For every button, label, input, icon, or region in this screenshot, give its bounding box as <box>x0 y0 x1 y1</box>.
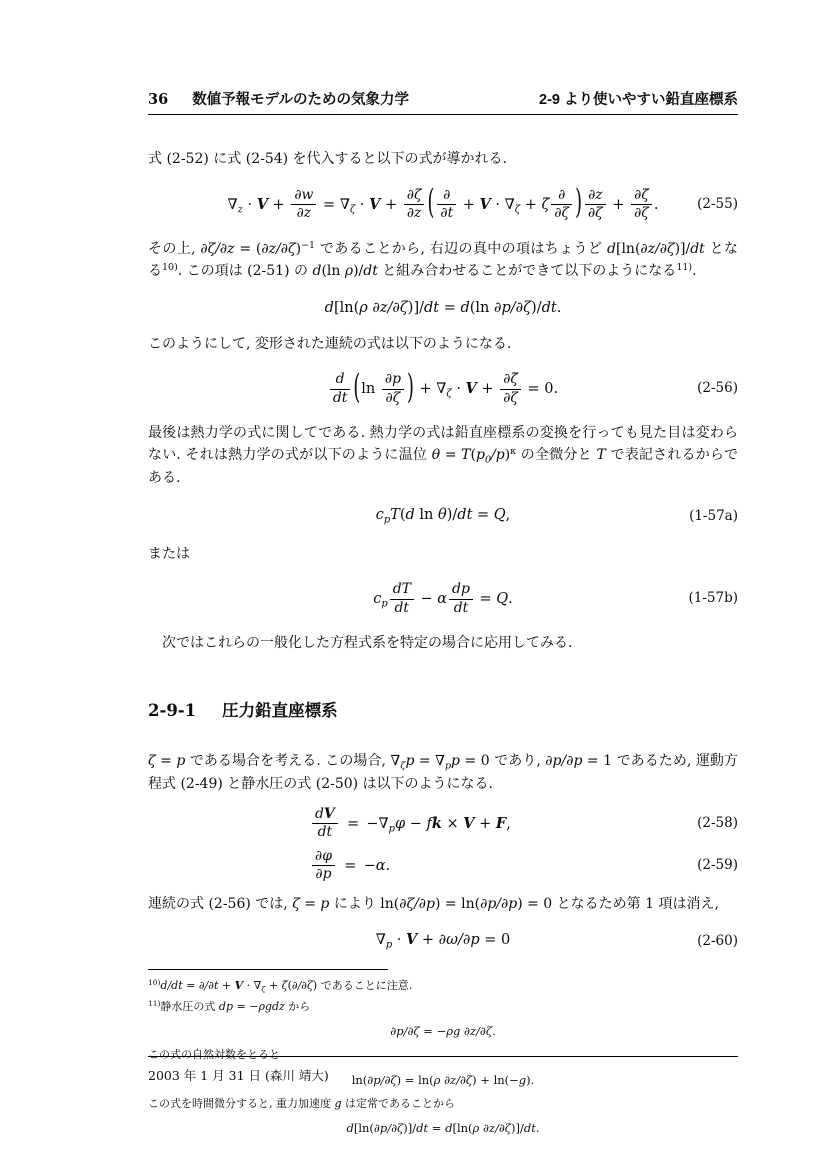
math-token: d <box>315 806 324 822</box>
equation-body: dVdt = −∇pφ − fk × V + F, <box>310 806 511 842</box>
math-token: × <box>442 816 463 832</box>
math-token: p <box>476 447 485 463</box>
parenthesized-group: ln ∂p∂ζ <box>361 381 406 397</box>
paragraph: 式 (2-52) に式 (2-54) を代入すると以下の式が導かれる. <box>148 149 738 171</box>
math-token: 静水圧の式 <box>160 1000 219 1013</box>
math-token: ∇ <box>340 197 350 213</box>
math-token: ζ <box>148 753 156 769</box>
math-token: −1 <box>301 240 315 251</box>
math-token: により <box>329 896 380 912</box>
math-token: ∇ <box>390 753 400 769</box>
math-token: ∂p <box>315 866 331 882</box>
math-token: ∇ <box>228 197 238 213</box>
math-token: ∂z/∂ζ <box>261 241 295 257</box>
math-token: = <box>475 591 496 607</box>
math-token: θ <box>438 507 447 523</box>
section-number: 2-9-1 <box>148 701 196 720</box>
fraction-numerator: d <box>330 371 351 388</box>
math-token: θ <box>432 447 440 463</box>
math-token: · <box>491 197 505 213</box>
math-token: d/dt <box>160 979 182 992</box>
math-token: d <box>406 507 415 523</box>
math-token: [ln( <box>354 1121 374 1135</box>
math-token: ∂z <box>588 187 603 203</box>
math-token: ∂ζ/∂z <box>200 241 234 257</box>
paragraph: 最後は熱力学の式に関してである. 熱力学の式は鉛直座標系の変換を行っても見た目は… <box>148 423 738 490</box>
chapter-header: 2-9 より使いやすい鉛直座標系 <box>539 88 738 109</box>
math-token: T <box>461 447 470 463</box>
math-token: = ( <box>235 241 262 257</box>
math-token: + <box>218 979 234 992</box>
fraction: ∂z∂ζ <box>585 187 606 223</box>
math-token: = − <box>337 858 376 874</box>
display-equation: dVdt = −∇pφ − fk × V + F,(2-58) <box>148 806 738 842</box>
equation-body: d[ln(ρ ∂z/∂ζ)]/dt = d(ln ∂p/∂ζ)/dt. <box>325 299 562 318</box>
math-token: Q <box>496 591 508 607</box>
math-token: V <box>480 196 491 213</box>
math-token: dt <box>363 263 378 279</box>
centered-equation: d[ln(ρ ∂z/∂ζ)]/dt = d(ln ∂p/∂ζ)/dt. <box>148 299 738 318</box>
math-token: φ <box>395 816 405 832</box>
math-token: )]/ <box>403 1121 416 1135</box>
math-token: · <box>243 197 257 213</box>
math-token: と組み合わせることができて以下のようになる <box>378 263 676 279</box>
section-heading: 2-9-1圧力鉛直座標系 <box>148 697 738 721</box>
math-token: · <box>392 932 406 948</box>
paragraph: 次ではこれらの一般化した方程式系を特定の場合に応用してみる. <box>148 633 738 655</box>
math-token: + <box>380 197 401 213</box>
math-token: dt <box>395 600 410 616</box>
math-token: dt <box>333 390 348 406</box>
math-token: dt <box>542 300 557 316</box>
math-token: , <box>506 816 511 832</box>
fraction-denominator: ∂t <box>437 204 456 222</box>
math-token: T <box>390 507 400 523</box>
math-token: ∂p/∂p <box>545 753 582 769</box>
fraction-numerator: dp <box>449 581 473 598</box>
equation-number: (2-56) <box>697 381 738 399</box>
math-token: V <box>463 815 474 832</box>
math-token: d <box>325 300 334 316</box>
fraction: ∂ζ̇∂ζ <box>631 187 652 223</box>
math-token: = 1 <box>582 753 612 769</box>
equation-number: (2-60) <box>697 933 738 951</box>
math-token: = − <box>340 816 379 832</box>
math-token: ∂p <box>385 371 401 387</box>
section-title: 圧力鉛直座標系 <box>222 702 338 720</box>
math-token: α <box>376 858 386 874</box>
fraction-denominator: ∂p <box>312 865 335 883</box>
math-token: + <box>475 816 496 832</box>
math-token: + <box>268 197 289 213</box>
math-token: = <box>300 896 321 912</box>
math-token: )]/ <box>408 300 424 316</box>
footer-date: 2003 年 1 月 31 日 (森川 靖大) <box>148 1068 329 1083</box>
fraction-numerator: ∂φ <box>312 848 335 865</box>
paragraph: 連続の式 (2-56) では, ζ = p により ln(∂ζ/∂p) = ln… <box>148 894 738 916</box>
fraction: ∂ζ̇∂ζ <box>500 371 521 407</box>
math-token: ) = 0 <box>517 896 552 912</box>
math-token: dt <box>424 300 439 316</box>
math-token: p <box>381 599 387 610</box>
math-token: ∂p/∂ζ <box>494 300 531 316</box>
math-token: となるため第 1 項は消え, <box>552 896 719 912</box>
equation-body: cpT(d ln θ)/dt = Q, <box>376 506 511 527</box>
open-parenthesis: ( <box>353 367 360 411</box>
equation-body: ∇p · V + ∂ω/∂p = 0 <box>376 931 511 952</box>
fraction-denominator: ∂ζ <box>585 204 606 222</box>
equation-body: ddt(ln ∂p∂ζ) + ∇ζ · V + ∂ζ̇∂ζ = 0. <box>328 371 558 407</box>
math-token: . <box>654 197 659 213</box>
math-token: = <box>183 979 199 992</box>
math-token: − <box>416 591 437 607</box>
math-token: ρgdz <box>258 1000 284 1013</box>
math-token: ∂ <box>443 187 450 203</box>
math-token: dp <box>219 1000 233 1013</box>
paragraph: このようにして, 変形された連続の式は以下のようになる. <box>148 334 738 356</box>
page-number: 36 <box>148 91 168 108</box>
math-token: V <box>466 380 477 397</box>
fraction-denominator: ∂ζ <box>382 389 404 407</box>
math-token: F <box>496 815 506 832</box>
fraction: ∂∂ζ <box>551 187 572 223</box>
math-token: V <box>369 196 380 213</box>
footnote-paragraph: この式を時間微分すると, 重力加速度 g は定常であることから <box>148 1096 738 1113</box>
math-token: ln <box>361 381 380 397</box>
math-token: ∂ζ <box>503 390 518 406</box>
math-token: )]/ <box>675 241 691 257</box>
math-token: ∂ω/∂p <box>439 932 480 948</box>
math-token: の全微分と <box>516 447 596 463</box>
math-token: + <box>458 197 479 213</box>
math-token: ∂ζ/∂p <box>399 896 435 912</box>
math-token: = 0. <box>523 381 558 397</box>
math-token: = <box>428 1121 445 1135</box>
math-token: ∂w <box>294 187 313 203</box>
math-token: p <box>451 753 460 769</box>
math-token: ) = ln( <box>435 896 480 912</box>
equation-body: ∂φ∂p = −α. <box>310 848 390 884</box>
footnote-paragraph: 10)d/dt = ∂/∂t + V · ∇ζ + ζ̇(∂/∂ζ) であること… <box>148 977 738 995</box>
math-token: = <box>472 507 493 523</box>
math-token: c <box>376 507 384 523</box>
math-token: + <box>265 979 281 992</box>
math-token: . <box>492 1024 496 1038</box>
footnote-paragraph: 11)静水圧の式 dp = −ρgdz から <box>148 998 738 1016</box>
math-token: ζ <box>292 896 300 912</box>
math-token: 11) <box>676 262 692 273</box>
fraction: ∂ζ∂z <box>404 187 425 223</box>
display-equation: cpT(d ln θ)/dt = Q,(1-57a) <box>148 506 738 527</box>
paragraph: その上, ∂ζ/∂z = (∂z/∂ζ)−1 であることから, 右辺の真中の項は… <box>148 239 738 283</box>
math-token: = 0 <box>480 932 511 948</box>
math-token: + <box>520 197 541 213</box>
math-token: . <box>536 1121 540 1135</box>
book-title: 数値予報モデルのための気象力学 <box>192 88 409 109</box>
math-token: であることに注意. <box>317 979 412 992</box>
math-token: − <box>405 816 426 832</box>
fraction-denominator: dt <box>449 599 473 617</box>
fraction-denominator: dt <box>312 823 338 841</box>
math-token: p <box>176 753 185 769</box>
fraction-numerator: dT <box>390 581 414 598</box>
math-token: ∇ <box>436 381 446 397</box>
math-token: d <box>460 300 469 316</box>
math-token: このようにして, 変形された連続の式は以下のようになる. <box>148 336 511 352</box>
paragraph: または <box>148 544 738 566</box>
math-token: = − <box>420 1024 447 1038</box>
close-parenthesis: ) <box>407 367 414 411</box>
math-token: ζ̇ <box>541 197 549 213</box>
math-token: )]/ <box>511 1121 524 1135</box>
math-token: であり, <box>490 753 546 769</box>
math-token: dt <box>457 507 472 523</box>
open-parenthesis: ( <box>427 183 434 227</box>
math-token: (ln <box>321 263 344 279</box>
math-token: ∂ <box>558 187 565 203</box>
math-token: 10) <box>162 262 178 273</box>
math-token: , <box>506 507 511 523</box>
header-left: 36 数値予報モデルのための気象力学 <box>148 88 409 109</box>
math-token: T <box>596 447 605 463</box>
fraction: dVdt <box>312 806 338 842</box>
math-token: k <box>432 815 442 832</box>
fraction-numerator: ∂ <box>437 187 456 204</box>
math-token: であることから, 右辺の真中の項はちょうど <box>315 241 607 257</box>
math-token: dp <box>452 581 470 597</box>
fraction-denominator: ∂ζ <box>631 204 652 222</box>
math-token: ∂z/∂ζ <box>640 241 674 257</box>
equation-number: (2-59) <box>697 857 738 875</box>
math-token: ∂φ <box>315 848 332 864</box>
math-token: 10) <box>148 978 160 987</box>
math-token: · <box>452 381 466 397</box>
math-token: · <box>243 979 254 992</box>
display-equation: ∇z · V + ∂w∂z = ∇ζ · V + ∂ζ∂z(∂∂t + V · … <box>148 187 738 223</box>
fraction-denominator: ∂ζ <box>551 204 572 222</box>
equation-number: (2-55) <box>697 196 738 214</box>
math-token: + <box>417 932 438 948</box>
math-token: ∂ζ <box>407 187 422 203</box>
fraction-denominator: dt <box>390 599 414 617</box>
math-token: ∂ζ̇ <box>503 371 518 387</box>
equation-number: (1-57a) <box>689 508 738 526</box>
math-token: ρ ∂z/∂ζ <box>473 1121 511 1135</box>
math-token: この式を時間微分すると, 重力加速度 <box>148 1097 335 1110</box>
math-token: + <box>415 381 436 397</box>
math-token: d <box>336 371 345 387</box>
fraction-numerator: ∂ζ̇ <box>500 371 521 388</box>
fraction-numerator: ∂ <box>551 187 572 204</box>
math-token: [ln( <box>452 1121 472 1135</box>
math-token: )/ <box>447 507 458 523</box>
math-token: /p <box>491 447 505 463</box>
math-token: dt <box>416 1121 428 1135</box>
math-token: . この項は (2-51) の <box>178 263 313 279</box>
math-token: V <box>406 931 417 948</box>
math-token: ∂ζ <box>386 390 401 406</box>
math-token: . <box>508 591 513 607</box>
math-token: ∂p/∂ζ <box>390 1024 419 1038</box>
page-footer: 2003 年 1 月 31 日 (森川 靖大) <box>148 1056 738 1084</box>
math-token: Q <box>494 507 506 523</box>
document-body: 式 (2-52) に式 (2-54) を代入すると以下の式が導かれる.∇z · … <box>148 149 738 1135</box>
fraction-numerator: ∂ζ <box>404 187 425 204</box>
equation-number: (2-58) <box>697 815 738 833</box>
math-token: V <box>235 979 244 992</box>
math-token: V <box>324 806 335 822</box>
fraction-numerator: dV <box>312 806 338 823</box>
math-token: は定常であることから <box>342 1097 456 1110</box>
math-token: ρ ∂z/∂ζ <box>359 300 408 316</box>
math-token: . <box>692 263 696 279</box>
fraction-numerator: ∂w <box>291 187 316 204</box>
close-parenthesis: ) <box>575 183 582 227</box>
math-token: ∇ <box>505 197 515 213</box>
math-token: = <box>439 300 460 316</box>
math-token: ∂p/∂ζ <box>374 1121 403 1135</box>
fraction-numerator: ∂ζ̇ <box>631 187 652 204</box>
math-token: ∂ζ <box>554 205 569 221</box>
display-equation: ddt(ln ∂p∂ζ) + ∇ζ · V + ∂ζ̇∂ζ = 0.(2-56) <box>148 371 738 407</box>
math-token: = <box>156 753 177 769</box>
math-token: ∂/∂ζ <box>292 979 313 992</box>
math-token: dt <box>454 600 469 616</box>
display-equation: ∇p · V + ∂ω/∂p = 0(2-60) <box>148 931 738 952</box>
paragraph: ζ = p である場合を考える. この場合, ∇ζp = ∇pp = 0 であり… <box>148 751 738 796</box>
page-content: 36 数値予報モデルのための気象力学 2-9 より使いやすい鉛直座標系 式 (2… <box>148 88 738 1144</box>
math-token: d <box>607 241 616 257</box>
math-token: dT <box>393 581 411 597</box>
math-token: . <box>557 300 562 316</box>
math-token: = − <box>233 1000 258 1013</box>
math-token: V <box>257 196 268 213</box>
math-token: ∂ζ <box>634 205 649 221</box>
math-token: dt <box>690 241 705 257</box>
footnote-equation: d[ln(∂p/∂ζ)]/dt = d[ln(ρ ∂z/∂ζ)]/dt. <box>148 1121 738 1135</box>
equation-body: ∇z · V + ∂w∂z = ∇ζ · V + ∂ζ∂z(∂∂t + V · … <box>228 187 659 223</box>
math-token: ρg ∂z/∂ζ <box>446 1024 492 1038</box>
footnote-rule <box>148 969 388 970</box>
parenthesized-group: ∂∂t + V · ∇ζ + ζ̇∂∂ζ <box>435 197 574 213</box>
math-token: (ln <box>470 300 494 316</box>
math-token: · <box>355 197 369 213</box>
fraction-denominator: ∂ζ <box>500 389 521 407</box>
math-token: から <box>285 1000 311 1013</box>
math-token: ∂p/∂p <box>480 896 517 912</box>
math-token: である場合を考える. この場合, <box>185 753 390 769</box>
fraction: ∂p∂ζ <box>382 371 404 407</box>
math-token: ∂t <box>440 205 453 221</box>
math-token: g <box>335 1097 342 1110</box>
math-token: ∇ <box>379 816 389 832</box>
math-token: ln( <box>380 896 399 912</box>
math-token: . <box>386 858 391 874</box>
equation-number: (1-57b) <box>688 590 738 608</box>
math-token: [ln( <box>334 300 359 316</box>
fraction: dTdt <box>390 581 414 617</box>
math-token: 11) <box>148 999 160 1008</box>
document-page: 36 数値予報モデルのための気象力学 2-9 より使いやすい鉛直座標系 式 (2… <box>0 0 826 1169</box>
math-token: = 0 <box>460 753 490 769</box>
math-token: 連続の式 (2-56) では, <box>148 896 292 912</box>
math-token: その上, <box>148 241 200 257</box>
math-token: = <box>414 753 435 769</box>
fraction-numerator: ∂p <box>382 371 404 388</box>
math-token: または <box>148 546 190 562</box>
fraction: dpdt <box>449 581 473 617</box>
fraction-denominator: ∂z <box>291 204 316 222</box>
math-token: ln <box>415 507 438 523</box>
math-token: + <box>477 381 498 397</box>
footnote-equation: ∂p/∂ζ = −ρg ∂z/∂ζ. <box>148 1024 738 1038</box>
math-token: = <box>318 197 339 213</box>
math-token: ∂z <box>297 205 312 221</box>
math-token: = <box>440 447 461 463</box>
fraction: ∂∂t <box>437 187 456 223</box>
fraction: ∂φ∂p <box>312 848 335 884</box>
math-token: )/ <box>531 300 542 316</box>
fraction: ∂w∂z <box>291 187 316 223</box>
display-equation: cpdTdt − αdpdt = Q.(1-57b) <box>148 581 738 617</box>
math-token: + <box>608 197 629 213</box>
fraction-denominator: dt <box>330 389 351 407</box>
fraction-numerator: ∂z <box>585 187 606 204</box>
math-token: ∇ <box>435 753 445 769</box>
math-token: dt <box>318 824 333 840</box>
math-token: ρ <box>345 263 353 279</box>
math-token: ∇ <box>376 932 386 948</box>
math-token: ∂/∂t <box>199 979 219 992</box>
fraction-denominator: ∂z <box>404 204 425 222</box>
fraction: ddt <box>330 371 351 407</box>
math-token: d <box>346 1121 353 1135</box>
math-token: α <box>437 591 447 607</box>
math-token: [ln( <box>616 241 640 257</box>
math-token: 次ではこれらの一般化した方程式系を特定の場合に応用してみる. <box>162 635 572 651</box>
math-token: ∂ζ <box>588 205 603 221</box>
math-token: )/ <box>353 263 363 279</box>
equation-body: cpdTdt − αdpdt = Q. <box>373 581 512 617</box>
math-token: ∂ζ̇ <box>634 187 649 203</box>
math-token: ∂z <box>407 205 422 221</box>
math-token: 式 (2-52) に式 (2-54) を代入すると以下の式が導かれる. <box>148 151 507 167</box>
page-header: 36 数値予報モデルのための気象力学 2-9 より使いやすい鉛直座標系 <box>148 88 738 115</box>
math-token: dt <box>524 1121 536 1135</box>
display-equation: ∂φ∂p = −α.(2-59) <box>148 848 738 884</box>
